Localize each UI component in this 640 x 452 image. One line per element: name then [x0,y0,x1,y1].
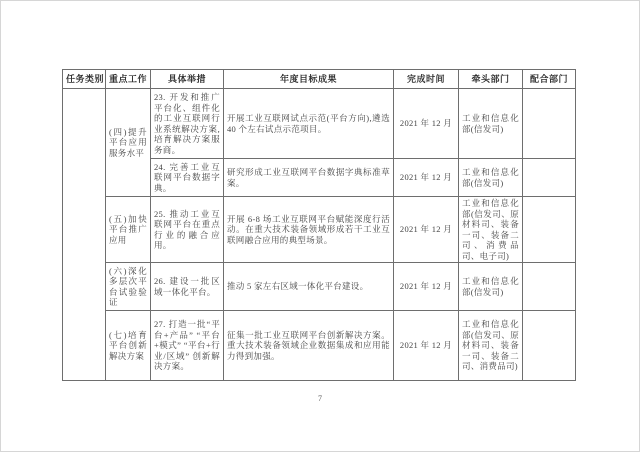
header-annual-target: 年度目标成果 [224,70,394,89]
cell-measure-26: 26. 建设一批区域一体化平台。 [151,263,224,311]
work-plan-table: 任务类别 重点工作 具体举措 年度目标成果 完成时间 牵头部门 配合部门 (四)… [62,69,576,381]
header-key-work: 重点工作 [106,70,151,89]
cell-deadline-25: 2021 年 12 月 [394,197,459,263]
cell-target-26: 推动 5 家左右区域一体化平台建设。 [224,263,394,311]
cell-deadline-26: 2021 年 12 月 [394,263,459,311]
header-task-category: 任务类别 [63,70,106,89]
cell-deadline-24: 2021 年 12 月 [394,159,459,197]
table-row-measure-26: (六)深化多层次平台试验验证 26. 建设一批区域一体化平台。 推动 5 家左右… [63,263,576,311]
cell-support-25 [523,197,576,263]
cell-keywork-6: (六)深化多层次平台试验验证 [106,263,151,311]
header-support-dept: 配合部门 [523,70,576,89]
cell-lead-25: 工业和信息化部(信发司、原材料司、装备一司、装备二司、消费品司、电子司) [459,197,523,263]
table-row-measure-23: (四)提升平台应用服务水平 23. 开发和推广平台化、组件化的工业互联网行业系统… [63,89,576,159]
cell-target-25: 开展 6-8 场工业互联网平台赋能深度行活动。在重大技术装备领域形成若干工业互联… [224,197,394,263]
cell-support-23 [523,89,576,159]
cell-support-27 [523,311,576,381]
header-lead-dept: 牵头部门 [459,70,523,89]
cell-support-24 [523,159,576,197]
cell-keywork-4: (四)提升平台应用服务水平 [106,89,151,197]
cell-measure-27: 27. 打造一批“平台+产品” “平台+模式” “平台+行业/区域” 创新解决方… [151,311,224,381]
cell-target-23: 开展工业互联网试点示范(平台方向),遴选 40 个左右试点示范项目。 [224,89,394,159]
page-number: 7 [0,394,640,403]
table-row-measure-25: (五)加快平台推广应用 25. 推动工业互联网平台在重点行业的融合应用。 开展 … [63,197,576,263]
cell-target-24: 研究形成工业互联网平台数据字典标准草案。 [224,159,394,197]
table-header-row: 任务类别 重点工作 具体举措 年度目标成果 完成时间 牵头部门 配合部门 [63,70,576,89]
cell-task-category [63,89,106,381]
cell-measure-25: 25. 推动工业互联网平台在重点行业的融合应用。 [151,197,224,263]
cell-lead-27: 工业和信息化部(信发司、原材料司、装备一司、装备二司、消费品司) [459,311,523,381]
cell-lead-23: 工业和信息化部(信发司) [459,89,523,159]
cell-deadline-23: 2021 年 12 月 [394,89,459,159]
cell-measure-23: 23. 开发和推广平台化、组件化的工业互联网行业系统解决方案,培育解决方案服务商… [151,89,224,159]
cell-lead-26: 工业和信息化部(信发司) [459,263,523,311]
header-measures: 具体举措 [151,70,224,89]
header-deadline: 完成时间 [394,70,459,89]
table-row-measure-27: (七)培育平台创新解决方案 27. 打造一批“平台+产品” “平台+模式” “平… [63,311,576,381]
cell-target-27: 征集一批工业互联网平台创新解决方案。重大技术装备领域企业数据集成和应用能力得到加… [224,311,394,381]
cell-measure-24: 24. 完善工业互联网平台数据字典。 [151,159,224,197]
cell-deadline-27: 2021 年 12 月 [394,311,459,381]
cell-lead-24: 工业和信息化部(信发司) [459,159,523,197]
document-page: 任务类别 重点工作 具体举措 年度目标成果 完成时间 牵头部门 配合部门 (四)… [0,0,640,452]
cell-keywork-7: (七)培育平台创新解决方案 [106,311,151,381]
cell-support-26 [523,263,576,311]
cell-keywork-5: (五)加快平台推广应用 [106,197,151,263]
